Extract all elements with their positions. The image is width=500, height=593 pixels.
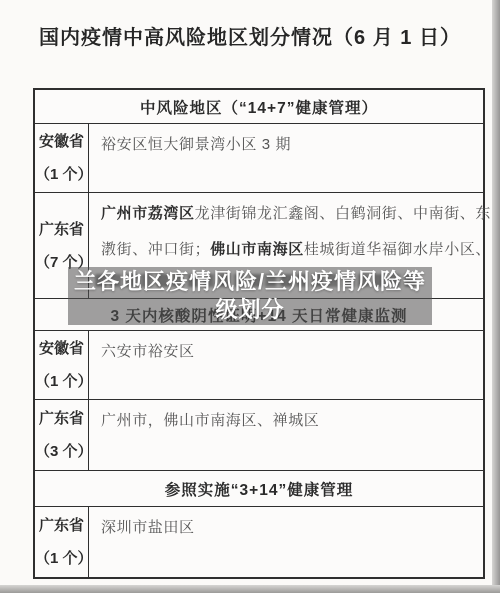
table-row: 安徽省 （1 个） 裕安区恒大御景湾小区 3 期 xyxy=(35,124,483,193)
content-segment: 广州市，佛山市南海区、禅城区 xyxy=(101,412,319,429)
content-line: 深圳市盐田区 xyxy=(101,510,471,546)
content-segment: 广州市荔湾区 xyxy=(101,205,195,222)
content-segment: 桂城街道华福御水岸小区、 xyxy=(304,241,491,258)
watermark-line: 兰各地区疫情风险/兰州疫情风险等 xyxy=(74,268,426,296)
section-header-medium-risk: 中风险地区（“14+7”健康管理） xyxy=(35,90,483,124)
province-name: 广东省 xyxy=(39,402,84,435)
content-segment: 龙津街锦龙汇鑫阁、白鹤洞街、中南街、东 xyxy=(195,205,491,222)
page-title: 国内疫情中高风险地区划分情况（6 月 1 日） xyxy=(0,21,500,50)
content-segment: 漖街、冲口街； xyxy=(101,241,210,258)
province-count: （1 个） xyxy=(35,365,88,398)
table-row: 广东省 （1 个） 深圳市盐田区 xyxy=(35,507,483,577)
table-row: 广东省 （3 个） 广州市，佛山市南海区、禅城区 xyxy=(35,400,483,471)
section-header-3plus14: 参照实施“3+14”健康管理 xyxy=(35,471,483,507)
province-name: 广东省 xyxy=(39,213,84,246)
province-cell: 安徽省 （1 个） xyxy=(35,331,89,399)
content-cell: 广州市，佛山市南海区、禅城区 xyxy=(89,400,483,470)
content-cell: 深圳市盐田区 xyxy=(89,507,483,577)
province-cell: 安徽省 （1 个） xyxy=(35,124,89,192)
content-line: 广州市，佛山市南海区、禅城区 xyxy=(101,403,471,439)
province-count: （3 个） xyxy=(35,435,88,468)
province-cell: 广东省 （1 个） xyxy=(35,507,89,577)
table-row: 安徽省 （1 个） 六安市裕安区 xyxy=(35,331,483,400)
content-line: 漖街、冲口街；佛山市南海区桂城街道华福御水岸小区、 xyxy=(101,232,491,268)
province-name: 广东省 xyxy=(39,509,84,542)
province-count: （1 个） xyxy=(35,542,88,575)
content-cell: 六安市裕安区 xyxy=(89,331,483,399)
content-segment: 六安市裕安区 xyxy=(101,343,195,360)
watermark-overlay: 兰各地区疫情风险/兰州疫情风险等 级划分 xyxy=(68,267,432,325)
content-line: 六安市裕安区 xyxy=(101,334,471,370)
content-line: 裕安区恒大御景湾小区 3 期 xyxy=(101,127,471,163)
content-cell: 裕安区恒大御景湾小区 3 期 xyxy=(89,124,483,192)
page-edge-bottom xyxy=(0,585,500,593)
watermark-line: 级划分 xyxy=(215,296,284,324)
province-count: （1 个） xyxy=(35,158,88,191)
page-edge-right xyxy=(492,0,500,593)
province-name: 安徽省 xyxy=(39,125,84,158)
province-cell: 广东省 （3 个） xyxy=(35,400,89,470)
content-segment: 深圳市盐田区 xyxy=(101,519,195,536)
content-line: 广州市荔湾区龙津街锦龙汇鑫阁、白鹤洞街、中南街、东 xyxy=(101,196,491,232)
content-segment: 佛山市南海区 xyxy=(210,241,304,258)
content-segment: 裕安区恒大御景湾小区 3 期 xyxy=(101,136,291,153)
province-name: 安徽省 xyxy=(39,332,84,365)
risk-area-table: 中风险地区（“14+7”健康管理） 安徽省 （1 个） 裕安区恒大御景湾小区 3… xyxy=(33,88,485,579)
